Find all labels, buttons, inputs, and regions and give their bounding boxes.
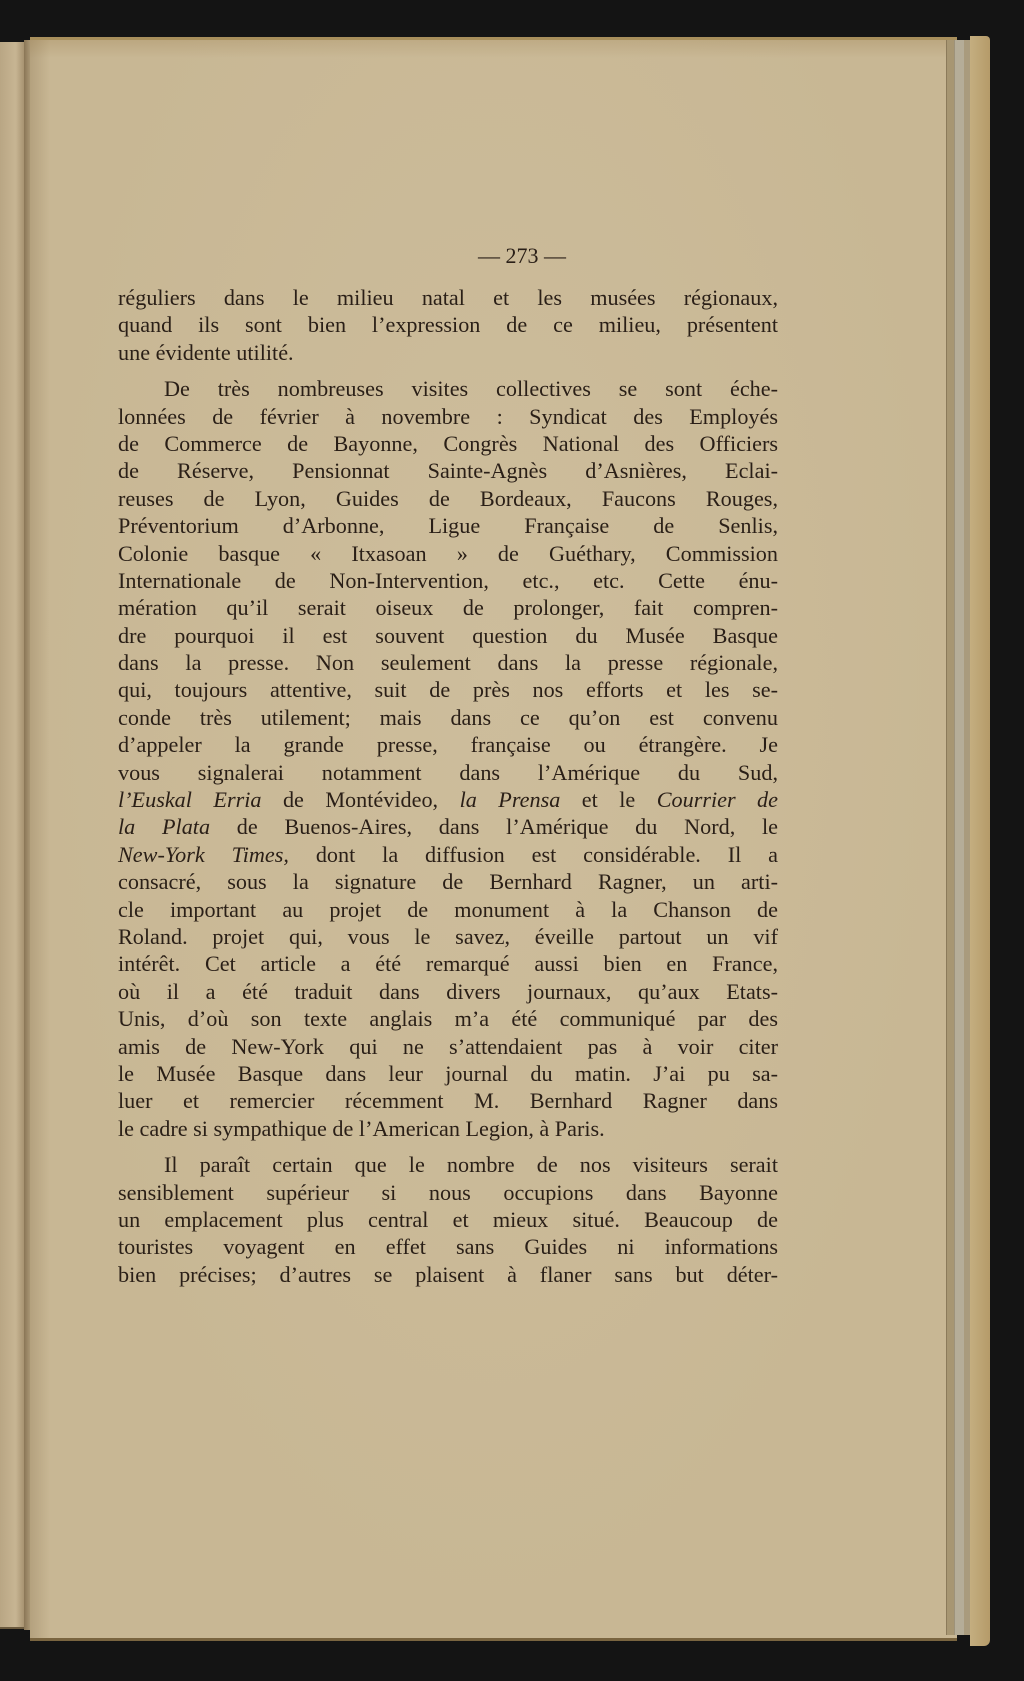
text-line: où il a été traduit dans divers journaux… bbox=[118, 978, 778, 1005]
text-line-with-italics: l’Euskal Erria de Montévideo, la Prensa … bbox=[118, 786, 778, 813]
text-line: Colonie basque « Itxasoan » de Guéthary,… bbox=[118, 540, 778, 567]
text-line: dre pourquoi il est souvent question du … bbox=[118, 622, 778, 649]
text-line: Il paraît certain que le nombre de nos v… bbox=[118, 1151, 778, 1178]
text-line: qui, toujours attentive, suit de près no… bbox=[118, 676, 778, 703]
italic-title: New-York Times, bbox=[118, 842, 289, 867]
text-line: cle important au projet de monument à la… bbox=[118, 896, 778, 923]
text-line: une évidente utilité. bbox=[118, 339, 778, 366]
italic-title: la Prensa bbox=[460, 787, 561, 812]
text-line: Unis, d’où son texte anglais m’a été com… bbox=[118, 1005, 778, 1032]
text-line: Roland. projet qui, vous le savez, éveil… bbox=[118, 923, 778, 950]
text-line: lonnées de février à novembre : Syndicat… bbox=[118, 403, 778, 430]
text-line: reuses de Lyon, Guides de Bordeaux, Fauc… bbox=[118, 485, 778, 512]
text-line: quand ils sont bien l’expression de ce m… bbox=[118, 311, 778, 338]
text-line-with-italics: New-York Times, dont la diffusion est co… bbox=[118, 841, 778, 868]
text-line: dans la presse. Non seulement dans la pr… bbox=[118, 649, 778, 676]
paragraph: réguliers dans le milieu natal et les mu… bbox=[118, 284, 778, 366]
page-number: — 273 — bbox=[0, 243, 1024, 269]
text-line: d’appeler la grande presse, française ou… bbox=[118, 731, 778, 758]
text-line: conde très utilement; mais dans ce qu’on… bbox=[118, 704, 778, 731]
paragraph: De très nombreuses visites collectives s… bbox=[118, 375, 778, 1142]
text-line: touristes voyagent en effet sans Guides … bbox=[118, 1233, 778, 1260]
text-line-with-italics: la Plata de Buenos-Aires, dans l’Amériqu… bbox=[118, 813, 778, 840]
italic-title: l’Euskal Erria bbox=[118, 787, 261, 812]
text-line: De très nombreuses visites collectives s… bbox=[118, 375, 778, 402]
text-line: luer et remercier récemment M. Bernhard … bbox=[118, 1087, 778, 1114]
paragraph: Il paraît certain que le nombre de nos v… bbox=[118, 1151, 778, 1288]
text-line: sensiblement supérieur si nous occupions… bbox=[118, 1179, 778, 1206]
facing-page-edge bbox=[0, 42, 26, 1629]
text-line: le cadre si sympathique de l’American Le… bbox=[118, 1115, 778, 1142]
page-stack-edge bbox=[970, 36, 990, 1646]
text-line: intérêt. Cet article a été remarqué auss… bbox=[118, 950, 778, 977]
text-line: Internationale de Non-Intervention, etc.… bbox=[118, 567, 778, 594]
text-line: Préventorium d’Arbonne, Ligue Française … bbox=[118, 512, 778, 539]
text-line: consacré, sous la signature de Bernhard … bbox=[118, 868, 778, 895]
body-text: réguliers dans le milieu natal et les mu… bbox=[118, 284, 778, 1288]
italic-title: la Plata bbox=[118, 814, 210, 839]
text-line: de Commerce de Bayonne, Congrès National… bbox=[118, 430, 778, 457]
text-line: réguliers dans le milieu natal et les mu… bbox=[118, 284, 778, 311]
text-line: de Réserve, Pensionnat Sainte-Agnès d’As… bbox=[118, 457, 778, 484]
text-line: mération qu’il serait oiseux de prolonge… bbox=[118, 594, 778, 621]
text-line: amis de New-York qui ne s’attendaient pa… bbox=[118, 1033, 778, 1060]
italic-title: Courrier de bbox=[657, 787, 778, 812]
text-line: bien précises; d’autres se plaisent à fl… bbox=[118, 1261, 778, 1288]
text-line: le Musée Basque dans leur journal du mat… bbox=[118, 1060, 778, 1087]
text-line: un emplacement plus central et mieux sit… bbox=[118, 1206, 778, 1233]
text-line: vous signalerai notamment dans l’Amériqu… bbox=[118, 759, 778, 786]
